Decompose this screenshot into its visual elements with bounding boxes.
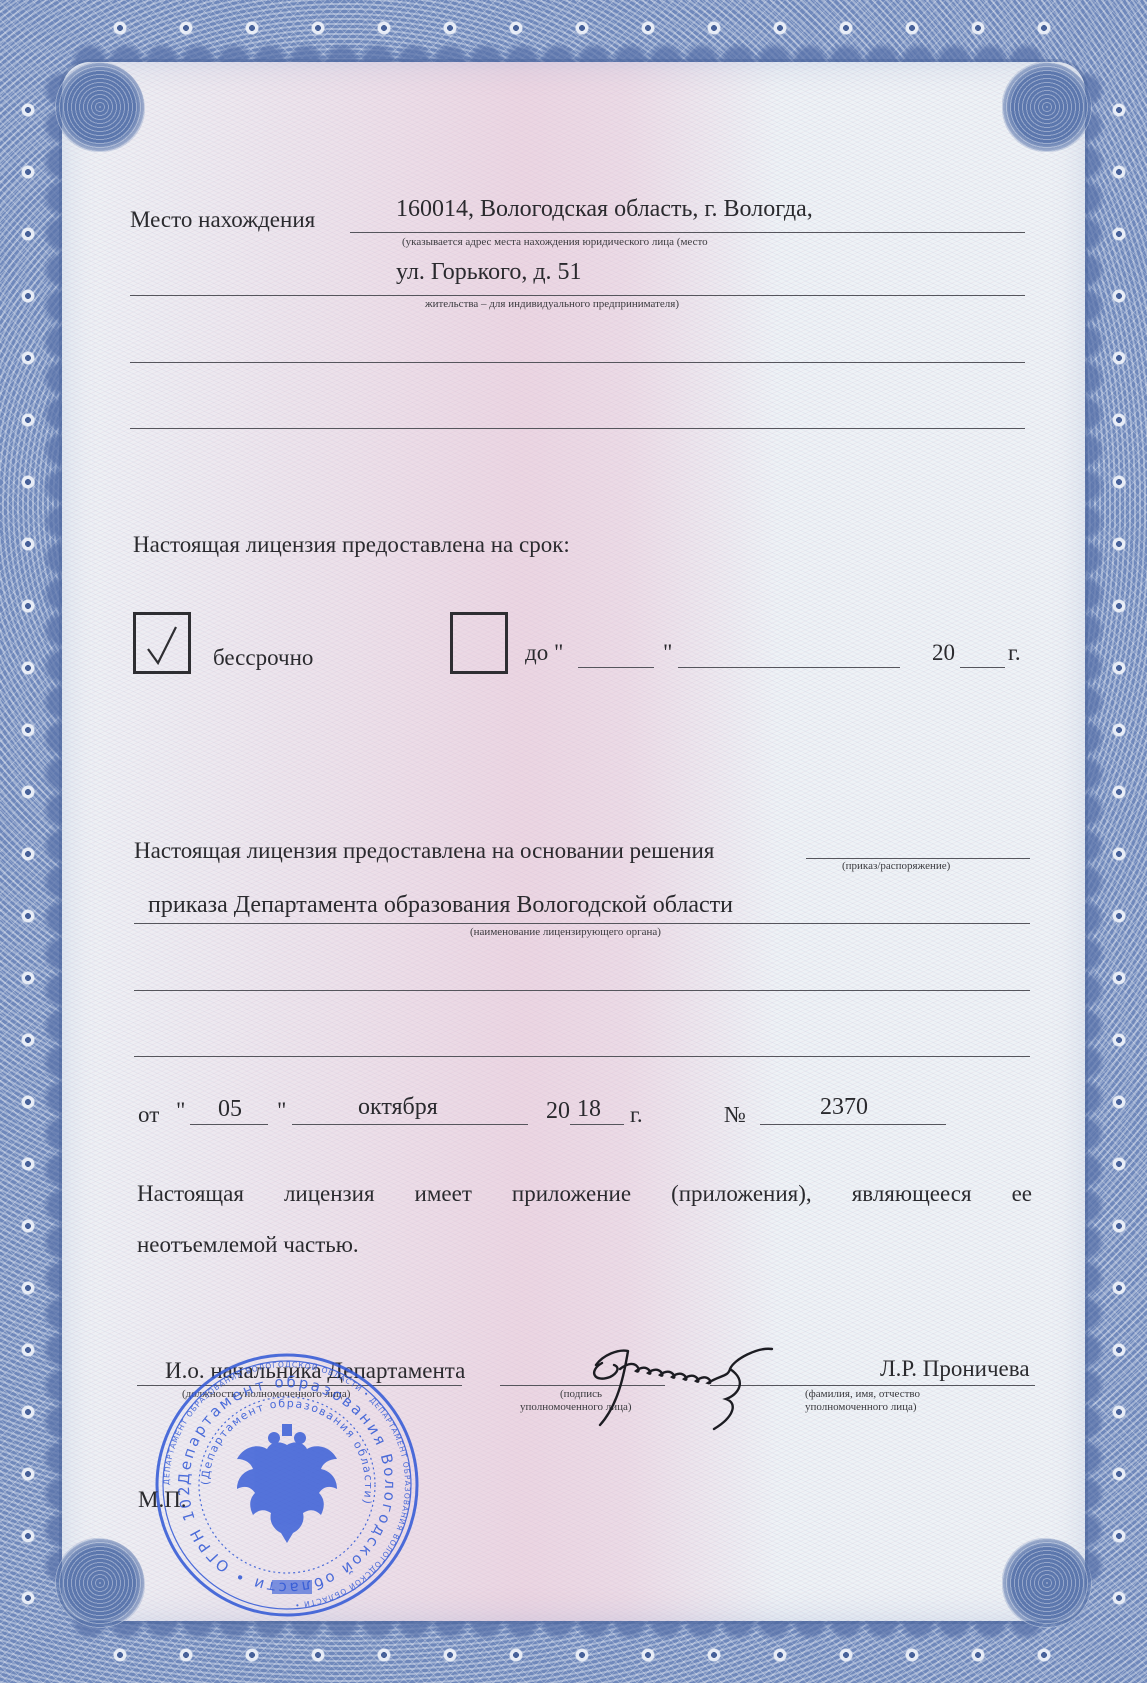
blank-line-4: [134, 1056, 1030, 1057]
address-line-2: ул. Горького, д. 51: [396, 259, 582, 286]
option-until-prefix: до ": [525, 640, 563, 666]
until-year-prefix: 20: [932, 640, 955, 666]
corner-rosette-bottom-left: [55, 1538, 145, 1628]
decision-month: октября: [358, 1094, 438, 1121]
name-caption-2: уполномоченного лица): [805, 1401, 917, 1413]
blank-line-2: [130, 428, 1025, 429]
signatory-name: Л.Р. Проничева: [880, 1356, 1030, 1382]
decision-number-label: №: [724, 1102, 746, 1128]
decision-from-label: от: [138, 1102, 159, 1128]
handwritten-signature: [558, 1325, 798, 1435]
address-line-2-underline: [130, 295, 1025, 296]
address-caption-2: жительства – для индивидуального предпри…: [425, 298, 679, 310]
option-unlimited-label: бессрочно: [213, 645, 313, 671]
name-caption-1: (фамилия, имя, отчество: [805, 1388, 920, 1400]
appendix-text-line-1: Настоящая лицензия имеет приложение (при…: [137, 1181, 1032, 1207]
authority-underline: [134, 923, 1030, 924]
blank-line-3: [134, 990, 1030, 991]
blank-line-1: [130, 362, 1025, 363]
corner-rosette-bottom-right: [1002, 1538, 1092, 1628]
until-day-blank[interactable]: [578, 667, 654, 668]
coat-of-arms-eagle-icon: [237, 1424, 337, 1543]
licensing-authority: приказа Департамента образования Вологод…: [148, 892, 733, 919]
checkbox-unlimited[interactable]: [133, 612, 191, 674]
checkmark-icon: [136, 615, 188, 671]
decision-day: 05: [218, 1096, 242, 1123]
decision-year-prefix: 20: [546, 1098, 570, 1125]
decision-year-suffix: г.: [630, 1102, 643, 1128]
corner-rosette-top-left: [55, 62, 145, 152]
term-heading: Настоящая лицензия предоставлена на срок…: [133, 532, 570, 558]
until-month-blank[interactable]: [678, 667, 900, 668]
seal-place-label: М.П.: [138, 1487, 187, 1513]
checkbox-until-date[interactable]: [450, 612, 508, 674]
official-seal-stamp: ДЕПАРТАМЕНТ ОБРАЗОВАНИЯ ВОЛОГОДСКОЙ ОБЛА…: [152, 1350, 422, 1620]
until-year-blank[interactable]: [960, 667, 1005, 668]
address-caption-1: (указывается адрес места нахождения юрид…: [402, 236, 708, 248]
decision-year: 18: [577, 1096, 601, 1123]
decision-year-underline: [570, 1124, 624, 1125]
until-year-suffix: г.: [1008, 640, 1021, 666]
address-label: Место нахождения: [130, 207, 315, 233]
basis-heading: Настоящая лицензия предоставлена на осно…: [134, 838, 714, 864]
option-until-quote: ": [663, 640, 672, 666]
basis-type-underline: [806, 858, 1030, 859]
decision-number-underline: [760, 1124, 946, 1125]
address-line-1-underline: [350, 232, 1025, 233]
decision-day-underline: [190, 1124, 268, 1125]
authority-caption: (наименование лицензирующего органа): [470, 926, 661, 938]
decision-month-underline: [292, 1124, 528, 1125]
decision-number: 2370: [820, 1094, 868, 1121]
appendix-text-line-2: неотъемлемой частью.: [137, 1232, 359, 1258]
address-line-1: 160014, Вологодская область, г. Вологда,: [396, 196, 813, 223]
basis-type-caption: (приказ/распоряжение): [842, 860, 950, 872]
decision-quote-close: ": [277, 1098, 286, 1124]
decision-quote-open: ": [176, 1098, 185, 1124]
corner-rosette-top-right: [1002, 62, 1092, 152]
